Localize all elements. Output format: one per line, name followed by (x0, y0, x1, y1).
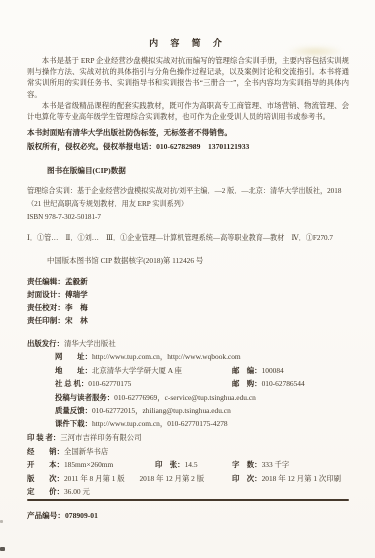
courseware-value: http://www.tup.com.cn，010-62770175-4278 (92, 419, 228, 428)
courseware-label: 课件下载： (55, 419, 92, 428)
summary-paragraph-1: 本书是基于 ERP 企业经营沙盘模拟实战对抗而编写的管理综合实训手册，主要内容包… (27, 55, 349, 100)
isbn-line: ISBN 978-7-302-50181-7 (27, 211, 349, 224)
zip-pair: 邮 编：100084 (232, 364, 284, 377)
distributor-value: 全国新华书店 (64, 447, 108, 456)
editor-row: 责任编辑：孟毅新 (27, 276, 349, 289)
proofreader-label: 责任校对： (27, 303, 65, 312)
summary-paragraph-2: 本书是省级精品课程的配套实践教材，既可作为高职高专工商管理、市场营销、物流管理、… (27, 100, 349, 122)
print-supervisor-name: 宋 林 (65, 316, 88, 325)
zip-value: 100084 (262, 366, 284, 375)
word-count-pair: 字 数：333 千字 (232, 458, 289, 472)
divider-rule (27, 499, 349, 501)
quality-feedback-row: 质量反馈：010-62772015，zhiliang@tup.tsinghua.… (55, 404, 349, 417)
format-value: 185mm×260mm (64, 460, 113, 469)
cover-design-row: 封面设计：傅瑞学 (27, 289, 349, 302)
product-number-label: 产品编号： (27, 511, 65, 520)
sheets-value: 14.5 (185, 460, 198, 469)
edition-value: 2011 年 8 月第 1 版 2018 年 12 月第 2 版 (64, 474, 204, 483)
distributor-label: 经 销： (27, 447, 64, 456)
anti-piracy-notice: 本书封面贴有清华大学出版社防伪标签，无标签者不得销售。 版权所有，侵权必究。侵权… (27, 126, 349, 154)
publisher-row: 出版发行：清华大学出版社 (27, 337, 349, 350)
book-copyright-page: 内 容 简 介 本书是基于 ERP 企业经营沙盘模拟实战对抗而编写的管理综合实训… (0, 0, 375, 558)
staff-credits: 责任编辑：孟毅新 封面设计：傅瑞学 责任校对：李 梅 责任印制：宋 林 (27, 276, 349, 328)
cip-series-line: （21 世纪高职高专规划教材．用友 ERP 实训系列） (27, 198, 349, 211)
edition-label: 版 次： (27, 474, 64, 483)
quality-feedback-value: 010-62772015，zhiliang@tup.tsinghua.edu.c… (92, 406, 231, 415)
word-count-label: 字 数： (232, 460, 262, 469)
sheets-pair: 印 张：14.5 (155, 458, 198, 472)
impression-label: 印 次： (232, 474, 262, 483)
website-row: 网 址：http://www.tup.com.cn，http://www.wqb… (55, 350, 349, 363)
publisher-name: 清华大学出版社 (64, 339, 116, 348)
cip-header: 图书在版编目(CIP)数据 (47, 165, 347, 176)
impression-pair: 印 次：2018 年 12 月第 1 次印刷 (232, 472, 341, 486)
switchboard-value: 010-62770175 (88, 379, 131, 388)
mail-order-value: 010-62786544 (262, 379, 305, 388)
copyright-hotline-line: 版权所有，侵权必究。侵权举报电话：010-62782989 1370112193… (27, 140, 349, 154)
cip-record-number-line: 中国版本图书馆 CIP 数据核字(2018)第 112426 号 (47, 255, 347, 266)
price-label: 定 价： (27, 487, 64, 496)
print-supervisor-row: 责任印制：宋 林 (27, 315, 349, 328)
courseware-row: 课件下载：http://www.tup.com.cn，010-62770175-… (55, 417, 349, 430)
address-value: 北京清华大学学研大厦 A 座 (92, 366, 182, 375)
content-summary-title: 内 容 简 介 (27, 36, 349, 49)
format-row: 开 本：185mm×260mm 印 张：14.5 字 数：333 千字 (27, 458, 349, 472)
mail-order-pair: 邮 购：010-62786544 (232, 377, 305, 390)
proofreader-name: 李 梅 (65, 303, 88, 312)
product-number-value: 078909-01 (65, 511, 98, 520)
switchboard-label: 社 总 机： (55, 379, 88, 388)
cover-designer-name: 傅瑞学 (65, 290, 88, 299)
anti-counterfeit-label-line: 本书封面贴有清华大学出版社防伪标签，无标签者不得销售。 (27, 126, 349, 140)
website-label: 网 址： (55, 352, 92, 361)
print-colophon: 印 装 者：三河市吉祥印务有限公司 经 销：全国新华书店 开 本：185mm×2… (27, 431, 349, 499)
address-row: 地 址：北京清华大学学研大厦 A 座 邮 编：100084 (55, 364, 349, 377)
price-value: 36.00 元 (64, 487, 90, 496)
proofreader-row: 责任校对：李 梅 (27, 302, 349, 315)
cip-classification-line: Ⅰ．①管… Ⅱ．①刘… Ⅲ．①企业管理—计算机管理系统—高等职业教育—教材 Ⅳ．… (27, 233, 349, 243)
zip-label: 邮 编： (232, 366, 262, 375)
edition-row: 版 次：2011 年 8 月第 1 版 2018 年 12 月第 2 版 印 次… (27, 472, 349, 486)
product-number-row: 产品编号：078909-01 (27, 510, 349, 521)
price-row: 定 价：36.00 元 (27, 485, 349, 499)
printer-label: 印 装 者： (27, 433, 60, 442)
editor-name: 孟毅新 (65, 277, 88, 286)
editor-label: 责任编辑： (27, 277, 65, 286)
cip-title-line: 管理综合实训：基于企业经营沙盘模拟实战对抗/刘平主编．—2 版．—北京：清华大学… (27, 185, 349, 198)
website-value: http://www.tup.com.cn，http://www.wqbook.… (92, 352, 241, 361)
word-count-value: 333 千字 (262, 460, 290, 469)
distributor-row: 经 销：全国新华书店 (27, 445, 349, 459)
scan-edge-speck (0, 520, 3, 523)
reader-service-value: 010-62776969，c-service@tup.tsinghua.edu.… (114, 393, 256, 402)
reader-service-row: 投稿与读者服务：010-62776969，c-service@tup.tsing… (55, 391, 349, 404)
scan-edge-speck (0, 547, 5, 551)
impression-value: 2018 年 12 月第 1 次印刷 (262, 474, 341, 483)
print-supervisor-label: 责任印制： (27, 316, 65, 325)
quality-feedback-label: 质量反馈： (55, 406, 92, 415)
format-label: 开 本： (27, 460, 64, 469)
address-label: 地 址： (55, 366, 92, 375)
content-summary: 本书是基于 ERP 企业经营沙盘模拟实战对抗而编写的管理综合实训手册，主要内容包… (27, 55, 349, 122)
printer-value: 三河市吉祥印务有限公司 (60, 433, 141, 442)
reader-service-label: 投稿与读者服务： (55, 393, 114, 402)
sheets-label: 印 张： (155, 460, 185, 469)
cip-record: 管理综合实训：基于企业经营沙盘模拟实战对抗/刘平主编．—2 版．—北京：清华大学… (27, 185, 349, 225)
switchboard-row: 社 总 机：010-62770175 邮 购：010-62786544 (55, 377, 349, 390)
printer-row: 印 装 者：三河市吉祥印务有限公司 (27, 431, 349, 445)
cover-design-label: 封面设计： (27, 290, 65, 299)
mail-order-label: 邮 购： (232, 379, 262, 388)
publisher-info: 出版发行：清华大学出版社 网 址：http://www.tup.com.cn，h… (27, 337, 349, 431)
publisher-label: 出版发行： (27, 339, 64, 348)
